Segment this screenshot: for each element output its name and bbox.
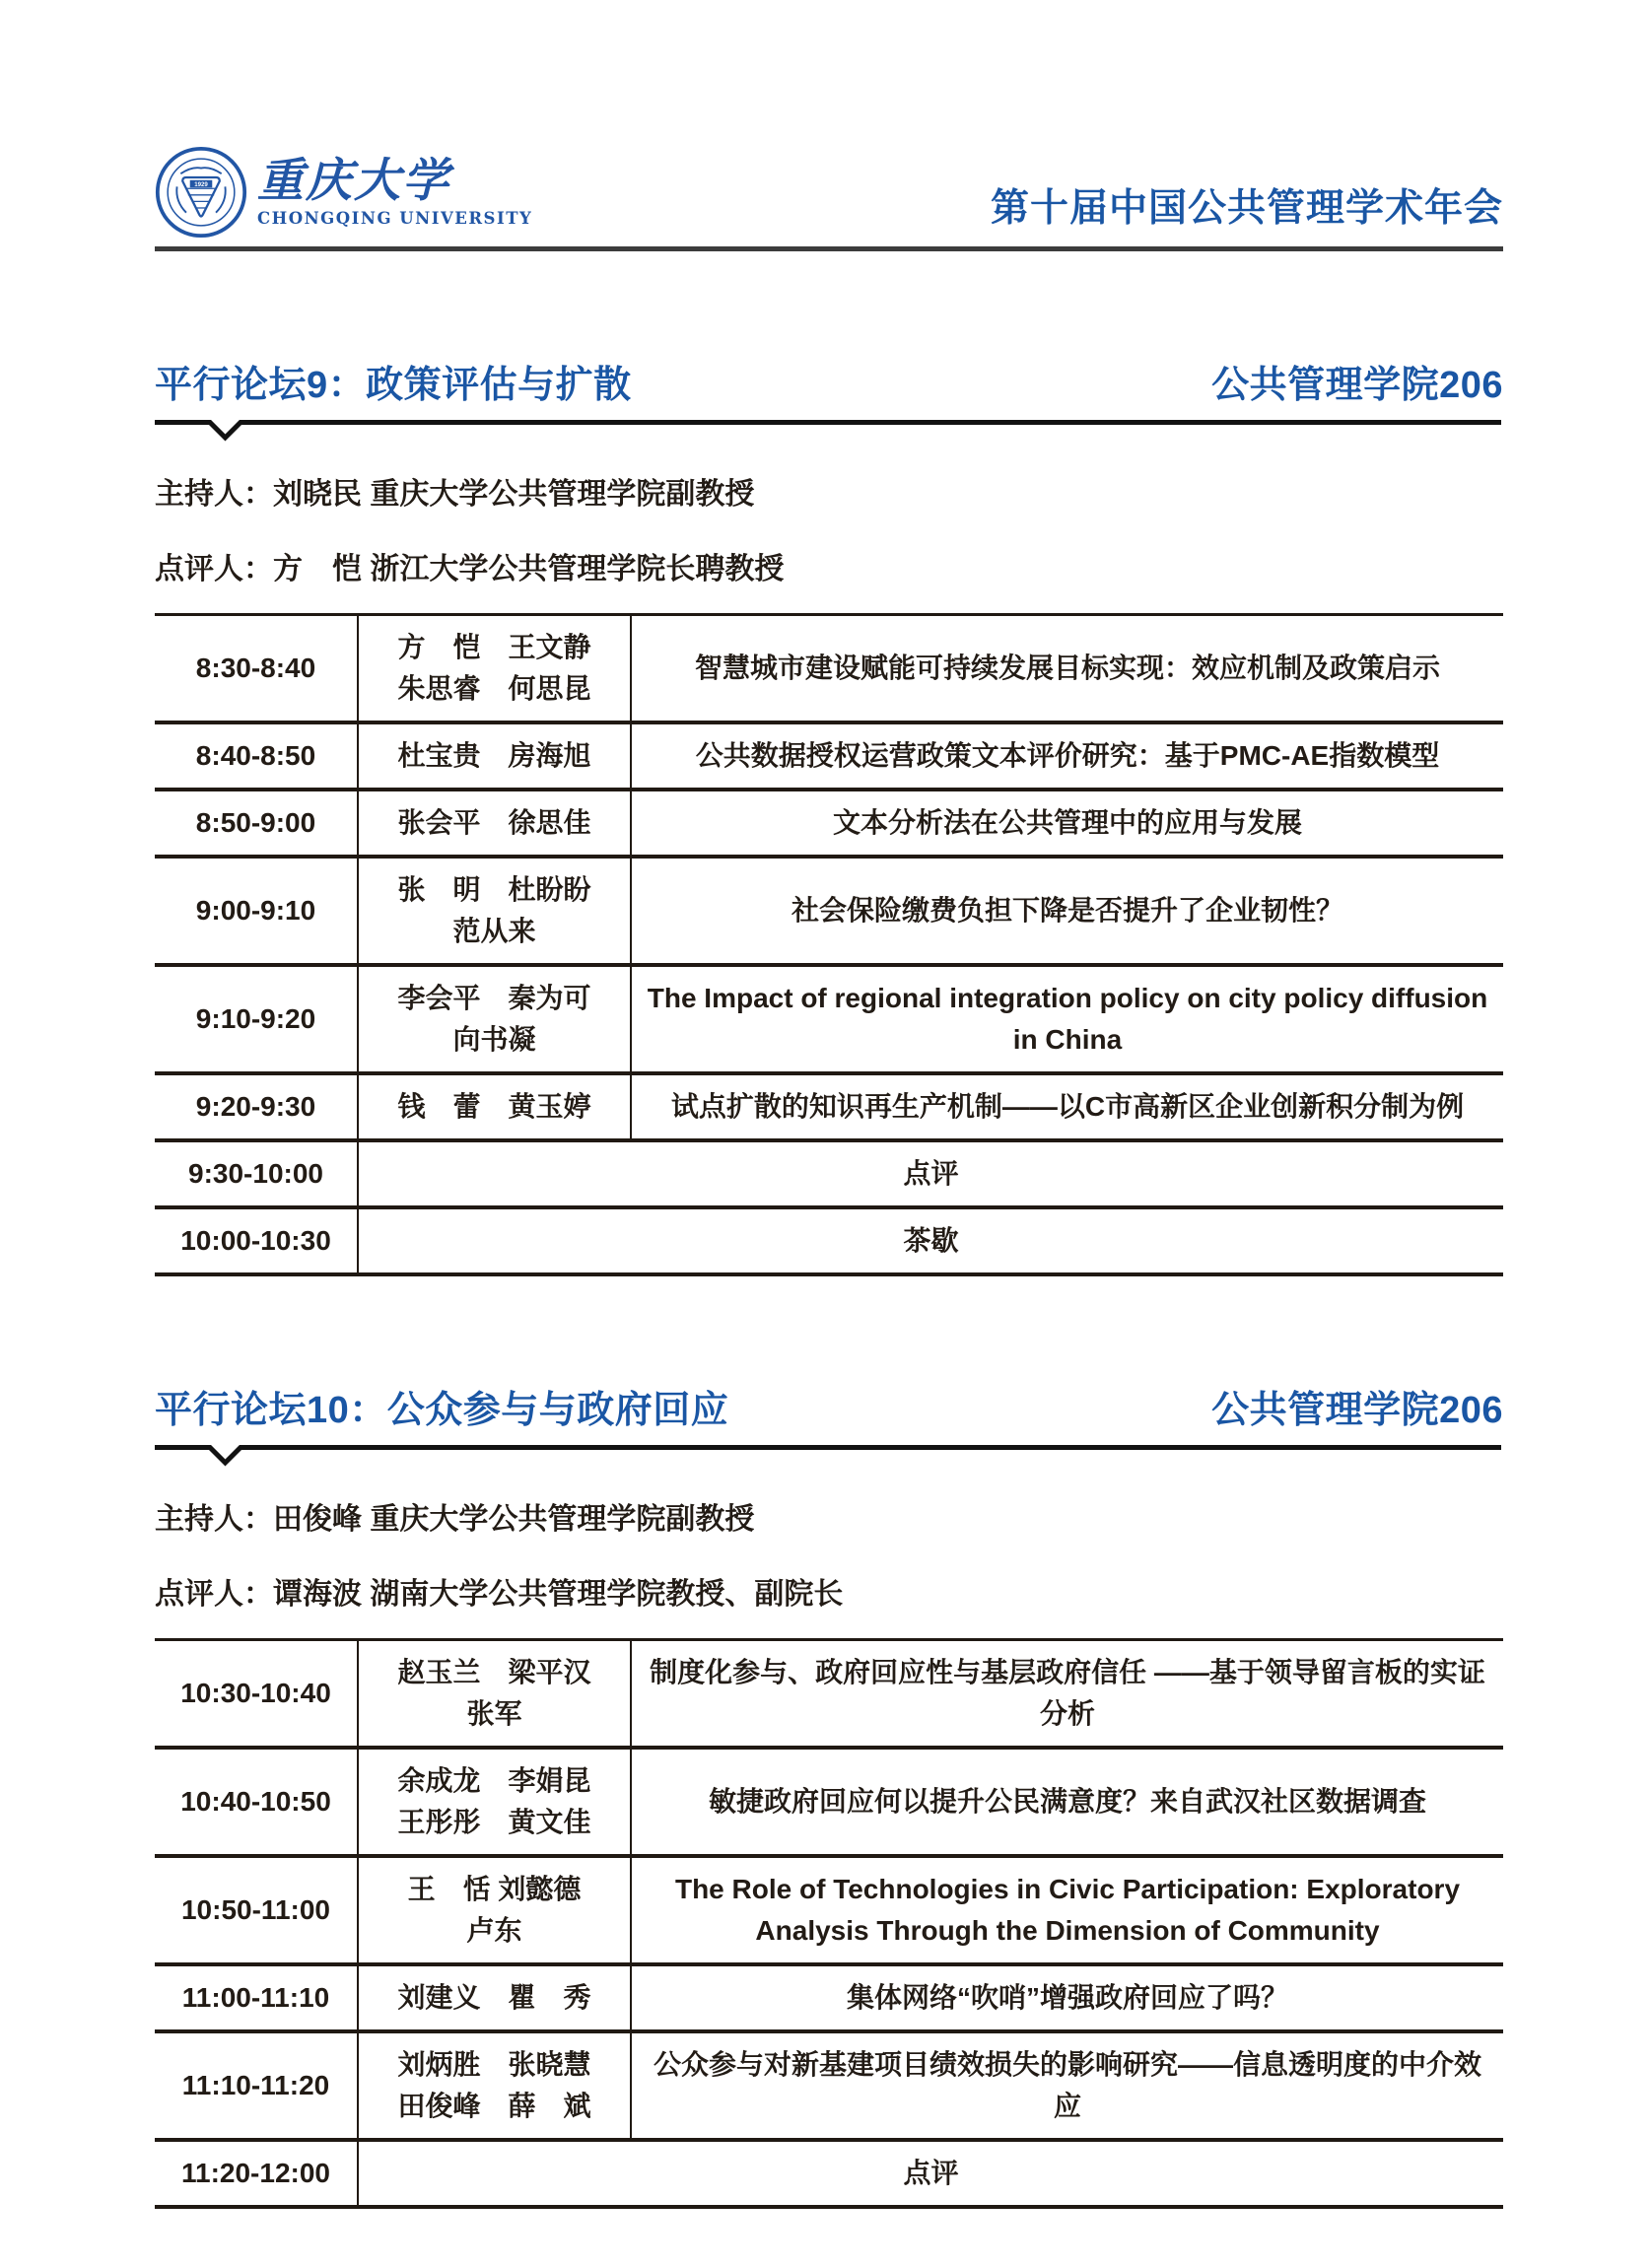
time-cell: 9:30-10:00 [155, 1140, 358, 1207]
time-cell: 11:10-11:20 [155, 2031, 358, 2140]
time-cell: 10:40-10:50 [155, 1748, 358, 1856]
activity-cell: 茶歇 [358, 1207, 1503, 1274]
time-cell: 10:30-10:40 [155, 1640, 358, 1749]
paper-title-cell: 敏捷政府回应何以提升公民满意度？来自武汉社区数据调查 [631, 1748, 1503, 1856]
time-cell: 8:30-8:40 [155, 615, 358, 723]
authors-cell: 钱 蕾 黄玉婷 [358, 1073, 631, 1140]
author-line: 田俊峰 薛 斌 [369, 2086, 620, 2127]
section-title: 平行论坛10：公众参与与政府回应 [155, 1379, 728, 1433]
section-title: 平行论坛9：政策评估与扩散 [155, 354, 632, 408]
author-line: 钱 蕾 黄玉婷 [369, 1086, 620, 1128]
paper-title-cell: 制度化参与、政府回应性与基层政府信任 ——基于领导留言板的实证分析 [631, 1640, 1503, 1749]
author-line: 杜宝贵 房海旭 [369, 735, 620, 777]
author-line: 张会平 徐思佳 [369, 802, 620, 844]
authors-cell: 杜宝贵 房海旭 [358, 722, 631, 790]
reviewer-line: 点评人：方 恺 浙江大学公共管理学院长聘教授 [155, 544, 1503, 587]
paper-title-cell: 集体网络“吹哨”增强政府回应了吗？ [631, 1964, 1503, 2031]
author-line: 王彤彤 黄文佳 [369, 1802, 620, 1843]
author-line: 卢东 [369, 1910, 620, 1952]
time-cell: 11:00-11:10 [155, 1964, 358, 2031]
table-row: 9:20-9:30 钱 蕾 黄玉婷 试点扩散的知识再生产机制——以C市高新区企业… [155, 1073, 1503, 1140]
activity-cell: 点评 [358, 2140, 1503, 2207]
table-row: 10:40-10:50 余成龙 李娟昆 王彤彤 黄文佳 敏捷政府回应何以提升公民… [155, 1748, 1503, 1856]
session-forum-10: 平行论坛10：公众参与与政府回应 公共管理学院206 主持人：田俊峰 重庆大学公… [155, 1379, 1503, 2209]
section-room: 公共管理学院206 [1211, 354, 1503, 408]
author-line: 朱思睿 何思昆 [369, 668, 620, 710]
table-row: 8:40-8:50 杜宝贵 房海旭 公共数据授权运营政策文本评价研究：基于PMC… [155, 722, 1503, 790]
authors-cell: 王 恬 刘懿德 卢东 [358, 1856, 631, 1964]
paper-title-cell: 公共数据授权运营政策文本评价研究：基于PMC-AE指数模型 [631, 722, 1503, 790]
table-row: 9:10-9:20 李会平 秦为可 向书凝 The Impact of regi… [155, 965, 1503, 1073]
university-seal-icon: 1929 [155, 146, 247, 239]
author-line: 王 恬 刘懿德 [369, 1869, 620, 1910]
section-underline-icon [155, 418, 1501, 444]
table-row: 10:30-10:40 赵玉兰 梁平汉 张军 制度化参与、政府回应性与基层政府信… [155, 1640, 1503, 1749]
table-row: 11:00-11:10 刘建义 瞿 秀 集体网络“吹哨”增强政府回应了吗？ [155, 1964, 1503, 2031]
host-line: 主持人：刘晓民 重庆大学公共管理学院副教授 [155, 469, 1503, 513]
author-line: 向书凝 [369, 1019, 620, 1061]
author-line: 刘建义 瞿 秀 [369, 1977, 620, 2019]
section-underline-icon [155, 1443, 1501, 1469]
time-cell: 8:40-8:50 [155, 722, 358, 790]
author-line: 赵玉兰 梁平汉 [369, 1652, 620, 1693]
activity-cell: 点评 [358, 1140, 1503, 1207]
authors-cell: 张 明 杜盼盼 范从来 [358, 857, 631, 965]
table-row: 9:30-10:00 点评 [155, 1140, 1503, 1207]
table-row: 8:50-9:00 张会平 徐思佳 文本分析法在公共管理中的应用与发展 [155, 790, 1503, 857]
logo-wordmark-cn: 重庆大学 [257, 157, 532, 205]
schedule-table-forum-10: 10:30-10:40 赵玉兰 梁平汉 张军 制度化参与、政府回应性与基层政府信… [155, 1638, 1503, 2209]
seal-year: 1929 [194, 181, 208, 188]
section-head: 平行论坛9：政策评估与扩散 公共管理学院206 [155, 354, 1503, 408]
paper-title-cell: 文本分析法在公共管理中的应用与发展 [631, 790, 1503, 857]
paper-title-cell: 公众参与对新基建项目绩效损失的影响研究——信息透明度的中介效应 [631, 2031, 1503, 2140]
authors-cell: 李会平 秦为可 向书凝 [358, 965, 631, 1073]
paper-title-cell: The Role of Technologies in Civic Partic… [631, 1856, 1503, 1964]
university-logo: 1929 重庆大学 CHONGQING UNIVERSITY [155, 146, 532, 239]
author-line: 范从来 [369, 911, 620, 952]
authors-cell: 赵玉兰 梁平汉 张军 [358, 1640, 631, 1749]
page-header: 1929 重庆大学 CHONGQING UNIVERSITY 第十届中国公共管理… [155, 146, 1503, 251]
logo-wordmark: 重庆大学 CHONGQING UNIVERSITY [257, 157, 532, 228]
table-row: 8:30-8:40 方 恺 王文静 朱思睿 何思昆 智慧城市建设赋能可持续发展目… [155, 615, 1503, 723]
conference-title: 第十届中国公共管理学术年会 [991, 177, 1503, 233]
author-line: 刘炳胜 张晓慧 [369, 2044, 620, 2086]
paper-title-cell: The Impact of regional integration polic… [631, 965, 1503, 1073]
author-line: 余成龙 李娟昆 [369, 1760, 620, 1802]
table-row: 9:00-9:10 张 明 杜盼盼 范从来 社会保险缴费负担下降是否提升了企业韧… [155, 857, 1503, 965]
table-row: 11:20-12:00 点评 [155, 2140, 1503, 2207]
section-head: 平行论坛10：公众参与与政府回应 公共管理学院206 [155, 1379, 1503, 1433]
time-cell: 11:20-12:00 [155, 2140, 358, 2207]
author-line: 李会平 秦为可 [369, 978, 620, 1019]
paper-title-cell: 智慧城市建设赋能可持续发展目标实现：效应机制及政策启示 [631, 615, 1503, 723]
table-row: 10:00-10:30 茶歇 [155, 1207, 1503, 1274]
table-row: 11:10-11:20 刘炳胜 张晓慧 田俊峰 薛 斌 公众参与对新基建项目绩效… [155, 2031, 1503, 2140]
time-cell: 10:00-10:30 [155, 1207, 358, 1274]
time-cell: 9:20-9:30 [155, 1073, 358, 1140]
authors-cell: 余成龙 李娟昆 王彤彤 黄文佳 [358, 1748, 631, 1856]
paper-title-cell: 试点扩散的知识再生产机制——以C市高新区企业创新积分制为例 [631, 1073, 1503, 1140]
author-line: 方 恺 王文静 [369, 627, 620, 668]
host-line: 主持人：田俊峰 重庆大学公共管理学院副教授 [155, 1494, 1503, 1538]
schedule-table-forum-9: 8:30-8:40 方 恺 王文静 朱思睿 何思昆 智慧城市建设赋能可持续发展目… [155, 613, 1503, 1276]
time-cell: 9:10-9:20 [155, 965, 358, 1073]
document-page: 1929 重庆大学 CHONGQING UNIVERSITY 第十届中国公共管理… [0, 0, 1652, 2268]
authors-cell: 刘建义 瞿 秀 [358, 1964, 631, 2031]
logo-wordmark-en: CHONGQING UNIVERSITY [257, 209, 532, 228]
authors-cell: 张会平 徐思佳 [358, 790, 631, 857]
reviewer-line: 点评人：谭海波 湖南大学公共管理学院教授、副院长 [155, 1569, 1503, 1613]
paper-title-cell: 社会保险缴费负担下降是否提升了企业韧性？ [631, 857, 1503, 965]
section-room: 公共管理学院206 [1211, 1379, 1503, 1433]
author-line: 张军 [369, 1693, 620, 1735]
time-cell: 8:50-9:00 [155, 790, 358, 857]
author-line: 张 明 杜盼盼 [369, 869, 620, 911]
table-row: 10:50-11:00 王 恬 刘懿德 卢东 The Role of Techn… [155, 1856, 1503, 1964]
authors-cell: 刘炳胜 张晓慧 田俊峰 薛 斌 [358, 2031, 631, 2140]
authors-cell: 方 恺 王文静 朱思睿 何思昆 [358, 615, 631, 723]
time-cell: 10:50-11:00 [155, 1856, 358, 1964]
session-forum-9: 平行论坛9：政策评估与扩散 公共管理学院206 主持人：刘晓民 重庆大学公共管理… [155, 354, 1503, 1276]
time-cell: 9:00-9:10 [155, 857, 358, 965]
